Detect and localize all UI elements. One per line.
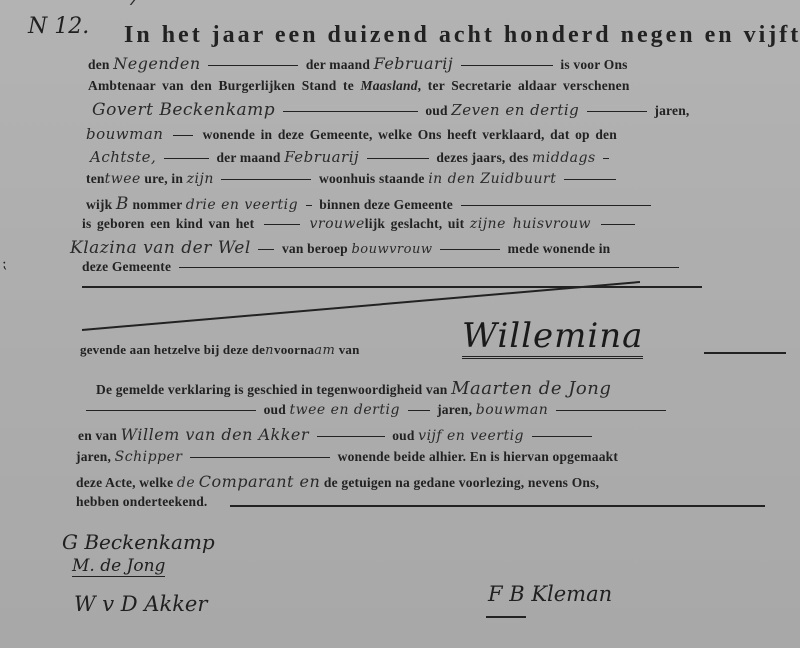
handwritten-witness2-age: vijf en veertig [418,428,524,444]
fill-rule [564,179,616,180]
fill-rule [221,179,311,180]
fill-rule [283,111,418,112]
handwritten-gender: vrouwe [309,216,364,232]
printed-text: en van [78,428,117,443]
printed-text: jaren, [654,103,689,118]
printed-text: De gemelde verklaring is geschied in teg… [96,382,448,397]
printed-text: , ter Secretarie aldaar verschenen [418,78,630,93]
line-5: bouwman wonende in deze Gemeente, welke … [86,125,617,143]
fill-rule [264,224,300,225]
line-16: jaren, Schipper wonende beide alhier. En… [76,449,618,465]
fill-rule [587,111,647,112]
scanned-birth-record: ~~ ⁄ N 12. In het jaar een duizend acht … [0,0,800,648]
line-18: hebben onderteekend. [76,494,208,510]
line-2: den Negenden der maand Februarij is voor… [88,54,628,73]
handwritten-witness2-name: Willem van den Akker [121,425,309,444]
printed-text: jaren, [76,449,111,464]
handwritten-address: in den Zuidbuurt [428,171,556,187]
printed-text: voorna [274,342,314,357]
printed-text: woonhuis staande [319,171,425,186]
fill-rule [306,205,312,206]
fill-rule [704,352,786,354]
printed-text: mede wonende in [508,241,611,256]
handwritten-day: Negenden [113,54,201,73]
printed-text: ure, in [144,171,183,186]
fill-rule [461,205,651,206]
diagonal-strike-line [0,280,800,340]
printed-text: wonende beide alhier. En is hiervan opge… [338,449,618,464]
line-14: oud twee en dertig jaren, bouwman [82,402,670,418]
fill-rule [164,158,209,159]
printed-text: wonende in deze Gemeente, welke Ons heef… [203,127,617,142]
signature-flourish [486,616,526,618]
printed-text: de getuigen na gedane voorlezing, nevens… [324,475,599,490]
handwritten-mother-name: Klazina van der Wel [70,238,251,258]
printed-text: wijk [86,197,112,212]
printed-text: dezes jaars, des [436,150,528,165]
fill-rule [461,65,553,66]
handwritten-possessive: zijn [187,171,214,187]
handwritten-witness2-occupation: Schipper [115,449,183,465]
fill-rule [258,249,274,250]
handwritten-hour: twee [105,171,141,187]
printed-text: van [339,342,360,357]
handwritten-mother-occupation: bouwvrouw [351,242,432,257]
fill-rule [190,457,330,458]
signature-official: F B Kleman [488,582,612,606]
fill-rule [556,410,666,411]
fill-rule-long [230,505,765,507]
handwritten-time-of-day: middags [532,150,596,166]
line-3: Ambtenaar van den Burgerlijken Stand te … [88,78,630,94]
printed-text: is geboren een kind van het [82,216,254,231]
line-15: en van Willem van den Akker oud vijf en … [78,425,596,444]
line-8: wijk B nommer drie en veertig binnen dez… [86,194,655,214]
handwritten-witness1-age: twee en dertig [290,402,400,418]
handwritten-article: de [177,475,195,491]
line-6: Achtste, der maand Februarij dezes jaars… [90,148,613,166]
line-13: De gemelde verklaring is geschied in teg… [96,378,611,399]
fill-rule [367,158,429,159]
printed-text: jaren, [437,402,472,417]
margin-mark: ⁏ [2,256,7,273]
printed-text: lijk geslacht, uit [365,216,464,231]
line-9: is geboren een kind van het vrouwelijk g… [82,216,639,232]
printed-text: binnen deze Gemeente [319,197,453,212]
line-7: tentwee ure, in zijn woonhuis staande in… [86,171,620,187]
printed-text: der maand [216,150,280,165]
fill-rule [408,410,430,411]
fill-rule [601,224,635,225]
printed-text: deze Gemeente [82,259,171,274]
printed-text: Ambtenaar van den Burgerlijken Stand te [88,78,354,93]
fill-rule [173,135,193,136]
line-4: Govert Beckenkamp oud Zeven en dertig ja… [92,100,689,120]
top-scrawl: ~~ ⁄ [90,0,140,11]
handwritten-suffix: am [314,343,335,358]
signature-witness1: M. de Jong [72,556,165,577]
printed-text: den [88,57,110,72]
fill-rule [179,267,679,268]
handwritten-house-number: drie en veertig [186,197,298,213]
printed-text: oud [264,402,286,417]
handwritten-occupation: bouwman [86,125,163,143]
handwritten-witness1-occupation: bouwman [476,402,549,418]
record-number: N 12. [28,14,89,39]
place-name: Maasland [361,78,418,93]
handwritten-witness1-name: Maarten de Jong [451,378,611,399]
printed-text: is voor Ons [560,57,627,72]
handwritten-relation: zijne huisvrouw [470,216,591,232]
handwritten-age: Zeven en dertig [451,101,579,119]
printed-text: ten [86,171,105,186]
line-17: deze Acte, welke de Comparant en de getu… [76,472,599,491]
printed-text: oud [425,103,447,118]
handwritten-declarant-name: Govert Beckenkamp [92,100,275,120]
handwritten-day: Achtste, [90,148,156,166]
printed-text: oud [392,428,414,443]
printed-text: der maand [306,57,370,72]
fill-rule [208,65,298,66]
printed-text: nommer [132,197,182,212]
printed-text: In het jaar een duizend acht honderd neg… [124,22,800,48]
handwritten-comparant: Comparant en [199,472,321,491]
line-12: gevende aan hetzelve bij deze denvoornaa… [80,342,360,358]
line-10: Klazina van der Wel van beroep bouwvrouw… [70,238,610,258]
line-1: In het jaar een duizend acht honderd neg… [124,22,800,49]
printed-text: hebben onderteekend. [76,494,208,509]
printed-text: deze Acte, welke [76,475,173,490]
fill-rule [532,436,592,437]
handwritten-month: Februarij [284,148,359,166]
child-given-name: Willemina [462,316,643,359]
signature-declarant: G Beckenkamp [62,530,215,554]
fill-rule [440,249,500,250]
fill-rule [317,436,385,437]
line-11: deze Gemeente [82,259,683,275]
handwritten-suffix: n [265,343,274,358]
handwritten-ward: B [116,194,129,214]
printed-text: van beroep [282,241,348,256]
handwritten-month: Februarij [374,54,454,73]
fill-rule [603,158,609,159]
signature-witness2: W v D Akker [74,592,207,616]
fill-rule [86,410,256,411]
printed-text: gevende aan hetzelve bij deze de [80,342,265,357]
